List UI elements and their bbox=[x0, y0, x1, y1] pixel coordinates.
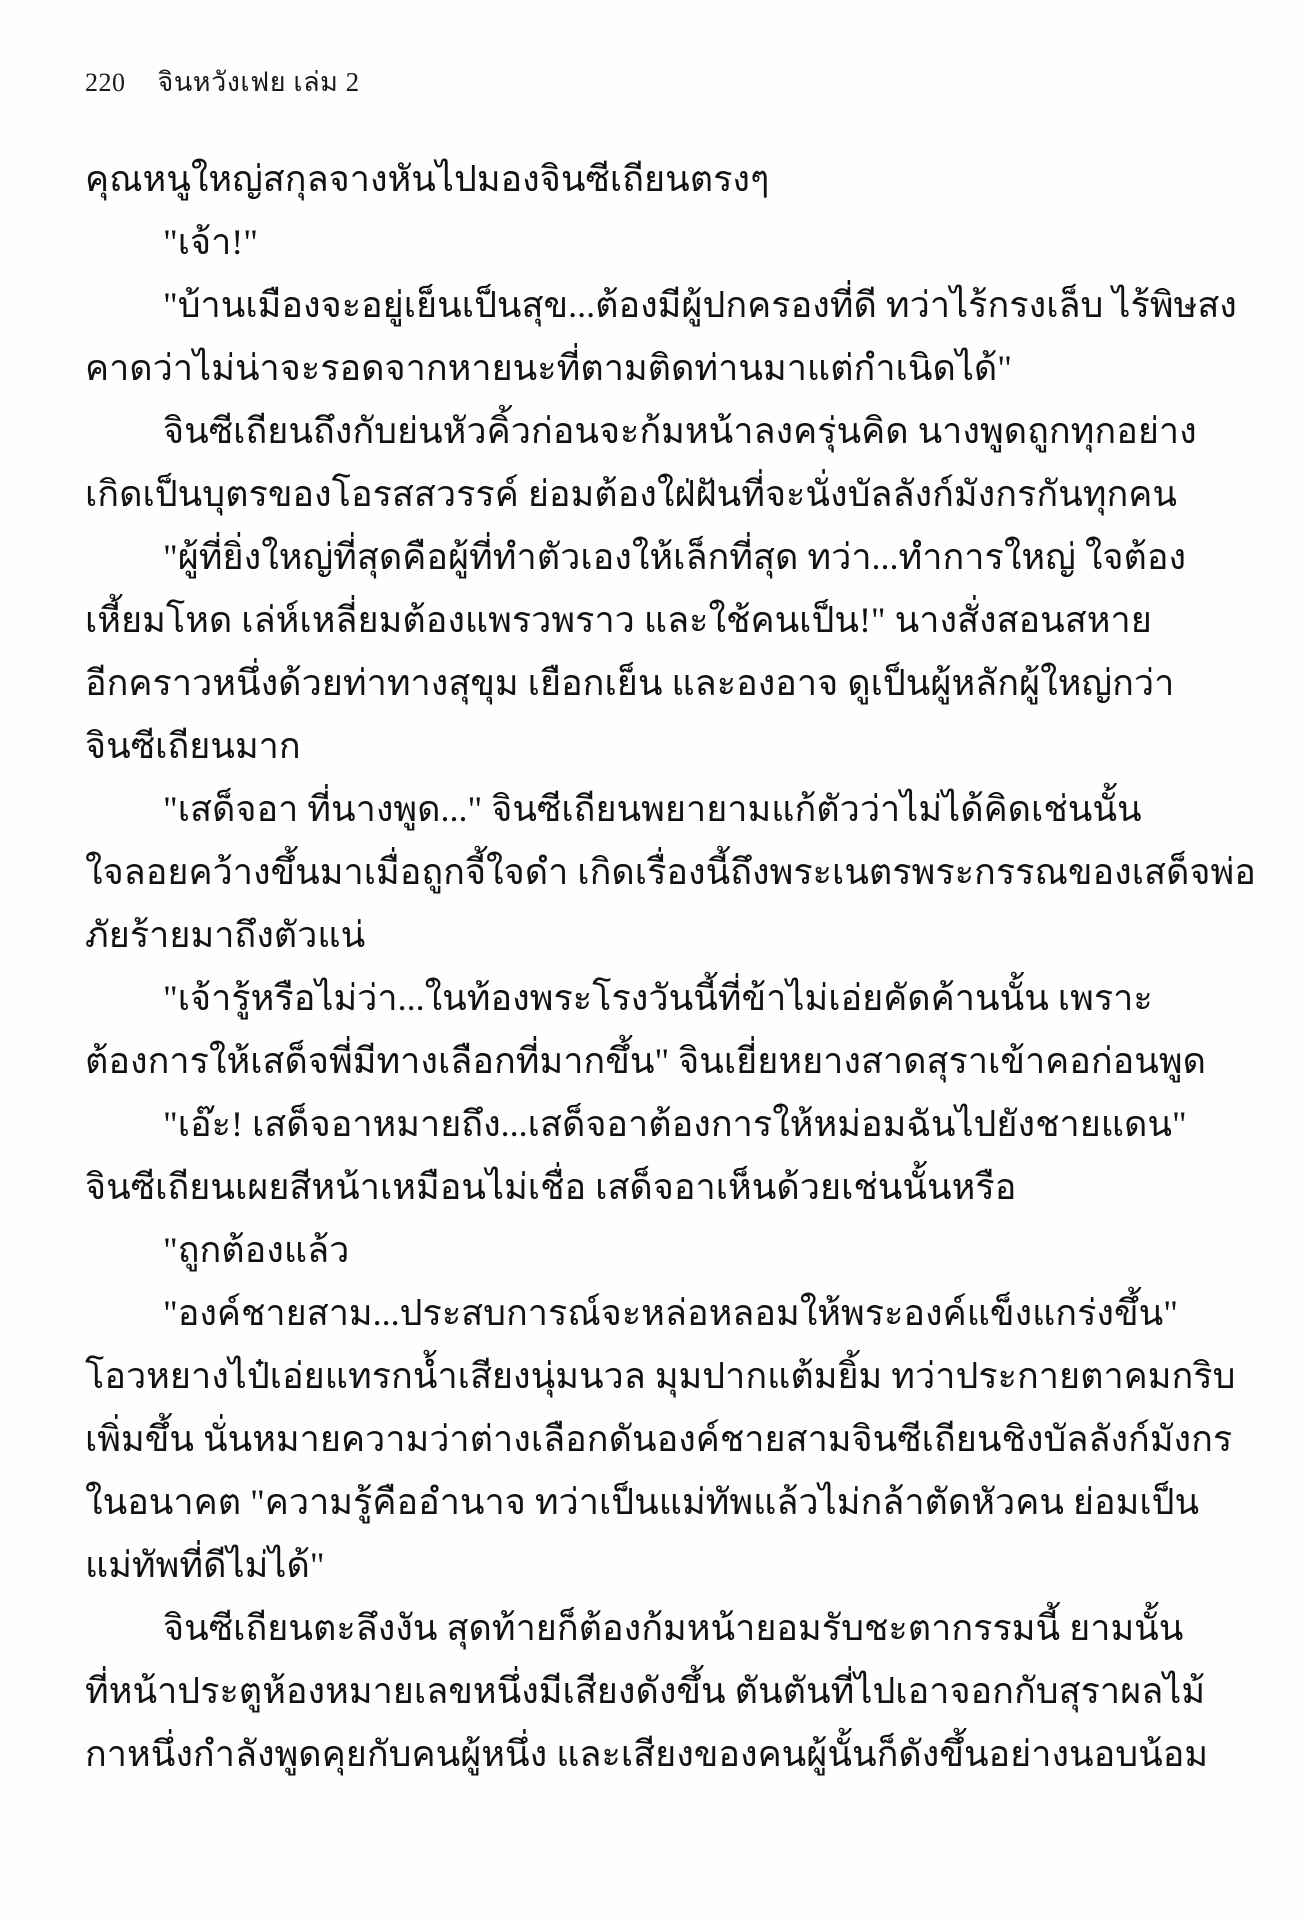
text-line: จินซีเถียนถึงกับย่นหัวคิ้วก่อนจะก้มหน้าล… bbox=[85, 400, 1227, 463]
text-line: ที่หน้าประตูห้องหมายเลขหนึ่งมีเสียงดังขึ… bbox=[85, 1660, 1227, 1723]
text-line: เหี้ยมโหด เล่ห์เหลี่ยมต้องแพรวพราว และใช… bbox=[85, 589, 1227, 652]
page-number: 220 bbox=[85, 68, 126, 98]
text-line: "เจ้า!" bbox=[85, 211, 1227, 274]
book-page: 220 จินหวังเฟย เล่ม 2 คุณหนูใหญ่สกุลจางห… bbox=[0, 0, 1304, 1920]
text-line: กาหนึ่งกำลังพูดคุยกับคนผู้หนึ่ง และเสียง… bbox=[85, 1723, 1227, 1786]
text-line: จินซีเถียนตะลึงงัน สุดท้ายก็ต้องก้มหน้าย… bbox=[85, 1597, 1227, 1660]
text-line: คุณหนูใหญ่สกุลจางหันไปมองจินซีเถียนตรงๆ bbox=[85, 148, 1227, 211]
text-line: "องค์ชายสาม...ประสบการณ์จะหล่อหลอมให้พระ… bbox=[85, 1282, 1227, 1345]
text-line: "เสด็จอา ที่นางพูด..." จินซีเถียนพยายามแ… bbox=[85, 778, 1227, 841]
text-line: อีกคราวหนึ่งด้วยท่าทางสุขุม เยือกเย็น แล… bbox=[85, 652, 1227, 715]
text-line: "บ้านเมืองจะอยู่เย็นเป็นสุข...ต้องมีผู้ป… bbox=[85, 274, 1227, 337]
text-line: ภัยร้ายมาถึงตัวแน่ bbox=[85, 904, 1227, 967]
text-line: เกิดเป็นบุตรของโอรสสวรรค์ ย่อมต้องใฝ่ฝัน… bbox=[85, 463, 1227, 526]
text-line: โอวหยางไป๋เอ่ยแทรกน้ำเสียงนุ่มนวล มุมปาก… bbox=[85, 1345, 1227, 1408]
text-line: เพิ่มขึ้น นั่นหมายความว่าต่างเลือกดันองค… bbox=[85, 1408, 1227, 1471]
text-line: แม่ทัพที่ดีไม่ได้" bbox=[85, 1534, 1227, 1597]
text-line: "เอ๊ะ! เสด็จอาหมายถึง...เสด็จอาต้องการให… bbox=[85, 1093, 1227, 1156]
text-line: จินซีเถียนมาก bbox=[85, 715, 1227, 778]
text-line: "ผู้ที่ยิ่งใหญ่ที่สุดคือผู้ที่ทำตัวเองให… bbox=[85, 526, 1227, 589]
text-line: "เจ้ารู้หรือไม่ว่า...ในท้องพระโรงวันนี้ท… bbox=[85, 967, 1227, 1030]
body-text: คุณหนูใหญ่สกุลจางหันไปมองจินซีเถียนตรงๆ"… bbox=[85, 148, 1227, 1786]
text-line: จินซีเถียนเผยสีหน้าเหมือนไม่เชื่อ เสด็จอ… bbox=[85, 1156, 1227, 1219]
text-line: ต้องการให้เสด็จพี่มีทางเลือกที่มากขึ้น" … bbox=[85, 1030, 1227, 1093]
text-line: "ถูกต้องแล้ว bbox=[85, 1219, 1227, 1282]
page-header: 220 จินหวังเฟย เล่ม 2 bbox=[85, 60, 360, 103]
text-line: ใจลอยคว้างขึ้นมาเมื่อถูกจี้ใจดำ เกิดเรื่… bbox=[85, 841, 1227, 904]
text-line: คาดว่าไม่น่าจะรอดจากหายนะที่ตามติดท่านมา… bbox=[85, 337, 1227, 400]
book-title: จินหวังเฟย เล่ม 2 bbox=[158, 60, 360, 103]
text-line: ในอนาคต "ความรู้คืออำนาจ ทว่าเป็นแม่ทัพแ… bbox=[85, 1471, 1227, 1534]
